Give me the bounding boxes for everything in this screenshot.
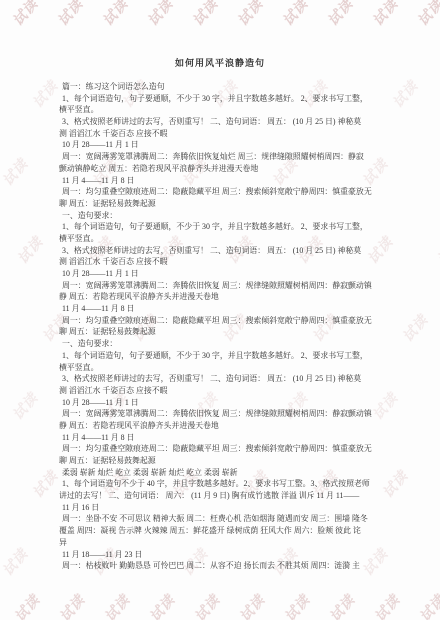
text-line: 周一：均匀重叠空隙痕迹周二：隐蔽隐藏平坦 周三：搜索倾斜宽敞宁静周四：慎重豪放无	[59, 315, 385, 327]
text-line: 横平竖直。	[59, 233, 385, 245]
text-line: 1、每个词语造句不少于 40 字，并且字数越多越好。2、要求书写工整。3、格式按…	[59, 478, 385, 490]
watermark-text: 试读	[280, 590, 315, 620]
text-line: 周一：宽阔薄雾笼罩沸腾周二：奔腾依旧恢复 周三：规律缝隙照耀树梢周四：静寂颤动镇	[59, 280, 385, 292]
watermark-text: 试读	[388, 76, 423, 112]
watermark-text: 试读	[398, 310, 433, 346]
text-line: 1、每个词语造句，句子要通顺，不少于 30 字，并且字数越多越好。 2、要求书写…	[59, 350, 385, 362]
watermark-text: 试读	[53, 0, 88, 30]
watermark-text: 试读	[98, 0, 133, 30]
watermark-text: 试读	[325, 590, 360, 620]
watermark-text: 试读	[413, 0, 440, 30]
watermark-text: 试读	[10, 590, 45, 620]
watermark-text: 试读	[323, 0, 358, 30]
text-line: 讲过的去写！ 二、造句词语： 周六： (11 月 9 日) 胸有成竹逃散 洋溢 …	[59, 490, 385, 502]
text-line: 周一：均匀重叠空隙痕迹周二：隐蔽隐藏平坦 周三：搜索倾斜宽敞宁静周四：慎重豪放无	[59, 186, 385, 198]
watermark-text: 试读	[28, 76, 63, 112]
text-line: 覆盖 周四：凝视 告示牌 火辣辣 周五：鲜花盛开 绿树成荫 狂风大作 周六：脸颊…	[59, 525, 385, 537]
text-line: 聊 周五：证据轻易鼓舞起源	[59, 326, 385, 338]
watermark-text: 试读	[233, 0, 268, 30]
text-line: 10 月 28——11 月 1 日	[59, 397, 385, 409]
text-line: 11 月 16 日	[59, 502, 385, 514]
text-line: 11 月 4——11 月 8 日	[59, 303, 385, 315]
watermark-text: 试读	[100, 590, 135, 620]
watermark-text: 试读	[145, 590, 180, 620]
watermark-text: 试读	[8, 0, 43, 30]
text-line: 11 月 4——11 月 8 日	[59, 175, 385, 187]
document-page: 试读试读试读试读试读试读试读试读试读试读试读试读试读试读试读试读试读试读试读试读…	[0, 0, 440, 620]
watermark-text: 试读	[0, 154, 32, 190]
watermark-text: 试读	[28, 466, 63, 502]
text-line: 聊 周五：证据轻易鼓舞起源	[59, 198, 385, 210]
text-line: 3、格式按照老师讲过的去写，否则重写！ 二、造句词语： 周五： (10 月 25…	[59, 116, 385, 128]
text-line: 聊 周五：证据轻易鼓舞起源	[59, 455, 385, 467]
text-line: 颤动镇静屹立 周五：若隐若现风平浪静齐头并进漫天卷地	[59, 163, 385, 175]
text-line: 横平竖直。	[59, 362, 385, 374]
text-line: 周一：宽阔薄雾笼罩沸腾周二：奔腾依旧恢复灿烂 周三：规律缝隙照耀树梢周四：静寂	[59, 151, 385, 163]
text-line: 横平竖直。	[59, 104, 385, 116]
text-line: 11 月 4——11 月 8 日	[59, 432, 385, 444]
text-line: 周一：宽阔薄雾笼罩沸腾周二：奔腾依旧恢复 周三：规律缝隙照耀树梢周四：静寂颤动镇	[59, 408, 385, 420]
text-line: 测 滔滔江水 千姿百态 应接不暇	[59, 128, 385, 140]
text-line: 静 周五：若隐若现风平浪静齐头并进漫天卷地	[59, 291, 385, 303]
watermark-text: 试读	[13, 232, 48, 268]
text-line: 周一：均匀重叠空隙痕迹周二：隐蔽隐藏平坦 周三：搜索倾斜宽敞宁静周四：慎重豪放无	[59, 443, 385, 455]
text-line: 柔弱 崭新 灿烂 屹立 柔弱 崭新 灿烂 屹立 柔弱 崭新	[59, 467, 385, 479]
page-title: 如何用风平浪静造句	[0, 56, 440, 69]
text-line: 1、每个词语造句，句子要通顺，不少于 30 字，并且字数越多越好。 2、要求书写…	[59, 93, 385, 105]
text-line: 10 月 28——11 月 1 日	[59, 139, 385, 151]
text-line: 11 月 18——11 月 23 日	[59, 549, 385, 561]
watermark-text: 试读	[190, 590, 225, 620]
watermark-text: 试读	[143, 0, 178, 30]
text-line: 3、格式按照老师讲过的去写，否则重写！ 二、造句词语： 周五： (10 月 25…	[59, 245, 385, 257]
text-line: 1、每个词语造句，句子要通顺，不少于 30 字，并且字数越多越好。 2、要求书写…	[59, 221, 385, 233]
watermark-text: 试读	[188, 0, 223, 30]
text-line: 一、造句要求：	[59, 338, 385, 350]
text-line: 篇一：练习这个词语怎么造句	[59, 81, 385, 93]
text-line: 3、格式按照老师讲过的去写，否则重写！ 二、造句词语： 周五： (10 月 25…	[59, 373, 385, 385]
watermark-text: 试读	[55, 590, 90, 620]
text-line: 周一：坐卧不安 不可思议 精神大振 周二：枉费心机 浩如烟海 随遇而安 周三：围…	[59, 513, 385, 525]
document-lines: 篇一：练习这个词语怎么造句1、每个词语造句，句子要通顺，不少于 30 字，并且字…	[59, 81, 385, 572]
text-line: 异	[59, 537, 385, 549]
watermark-text: 试读	[278, 0, 313, 30]
text-line: 一、造句要求：	[59, 210, 385, 222]
watermark-text: 试读	[0, 544, 32, 580]
watermark-text: 试读	[368, 0, 403, 30]
watermark-text: 试读	[235, 590, 270, 620]
text-line: 静 周五：若隐若现风平浪静齐头并进漫天卷地	[59, 420, 385, 432]
text-line: 测 滔滔江水 千姿百态 应接不暇	[59, 256, 385, 268]
watermark-text: 试读	[415, 590, 440, 620]
watermark-text: 试读	[433, 232, 440, 268]
text-line: 周一：枯枝败叶 勤勤恳恳 可怜巴巴 周二：从容不迫 扬长而去 不胜其烦 周四：涟…	[59, 560, 385, 572]
text-line: 测 滔滔江水 千姿百态 应接不暇	[59, 385, 385, 397]
text-line: 10 月 28——11 月 1 日	[59, 268, 385, 280]
watermark-text: 试读	[370, 590, 405, 620]
watermark-text: 试读	[8, 388, 43, 424]
